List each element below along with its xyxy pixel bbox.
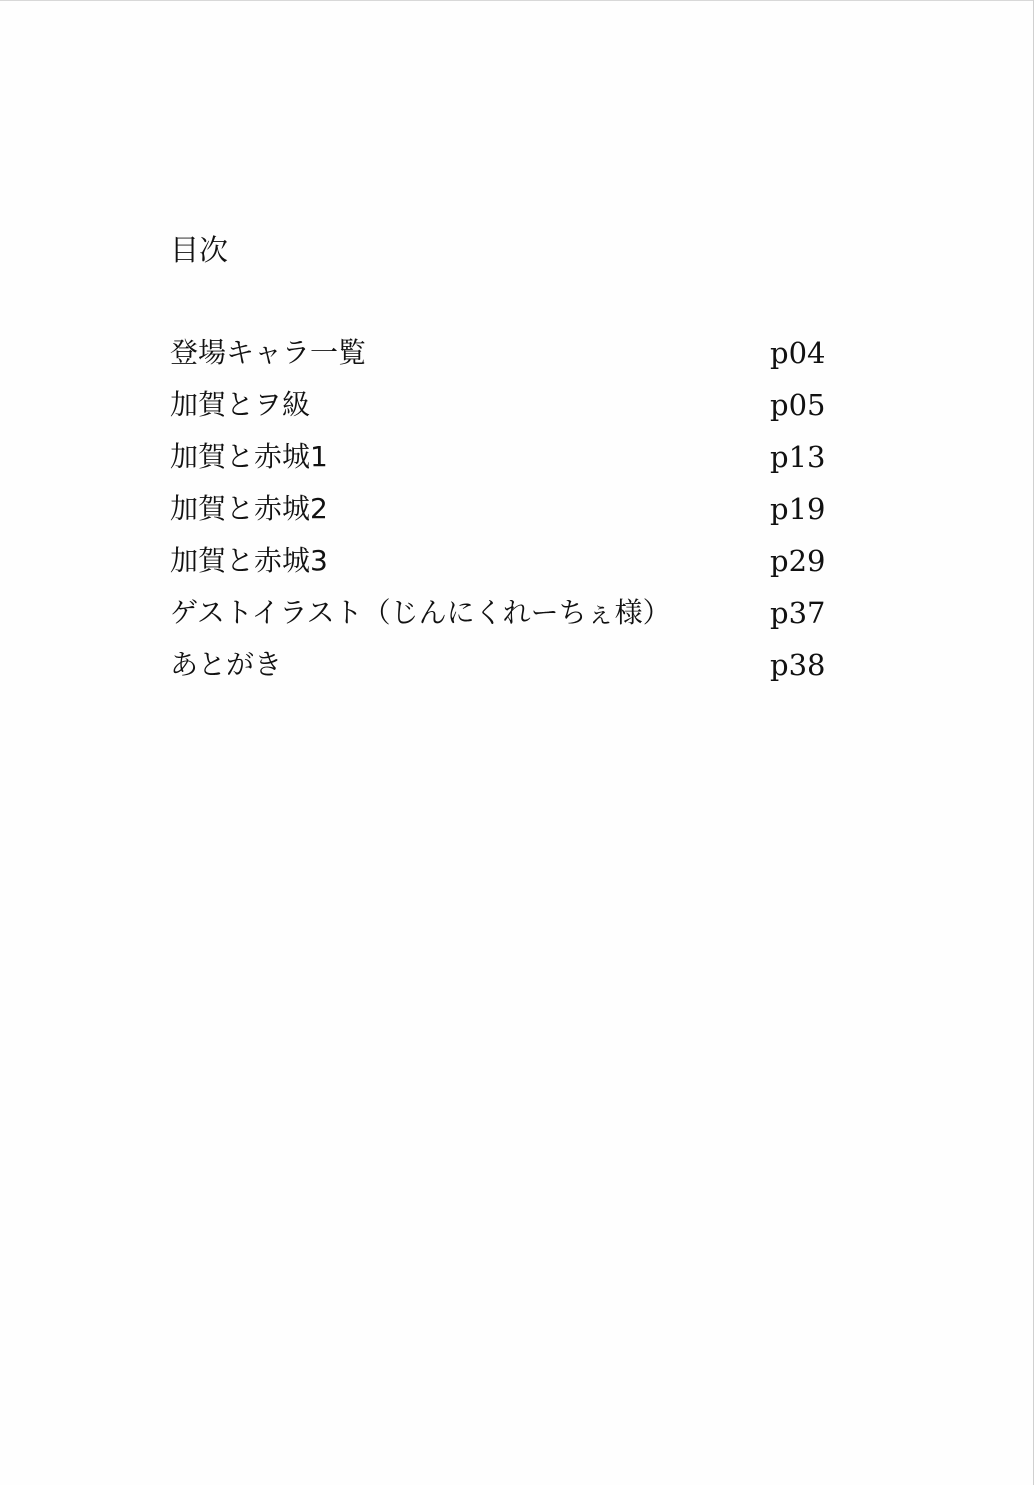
toc-entry-kaga-akagi-2: 加賀と赤城2 p19 [170, 489, 850, 541]
toc-entry-guest-illustration: ゲストイラスト（じんにくれーちぇ様） p37 [170, 593, 850, 645]
toc-entry-kaga-wo-class: 加賀とヲ級 p05 [170, 385, 850, 437]
toc-entry-label: 登場キャラ一覧 [170, 333, 366, 373]
toc-entry-kaga-akagi-3: 加賀と赤城3 p29 [170, 541, 850, 593]
toc-entry-afterword: あとがき p38 [170, 645, 850, 697]
toc-entry-page: p37 [770, 593, 825, 633]
toc-title: 目次 [170, 230, 228, 270]
toc-entry-label: 加賀と赤城2 [170, 489, 328, 529]
toc-entry-page: p05 [770, 385, 825, 425]
toc-entry-character-list: 登場キャラ一覧 p04 [170, 333, 850, 385]
toc-entry-page: p04 [770, 333, 825, 373]
toc-entry-kaga-akagi-1: 加賀と赤城1 p13 [170, 437, 850, 489]
table-of-contents: 登場キャラ一覧 p04 加賀とヲ級 p05 加賀と赤城1 p13 加賀と赤城2 … [170, 333, 850, 697]
toc-entry-label: 加賀と赤城3 [170, 541, 328, 581]
page-edge-top [0, 0, 1034, 1]
toc-entry-label: ゲストイラスト（じんにくれーちぇ様） [170, 593, 671, 633]
toc-entry-label: 加賀と赤城1 [170, 437, 328, 477]
toc-entry-page: p38 [770, 645, 825, 685]
toc-entry-label: あとがき [170, 645, 282, 685]
toc-entry-page: p19 [770, 489, 825, 529]
toc-entry-page: p29 [770, 541, 825, 581]
toc-entry-page: p13 [770, 437, 825, 477]
toc-entry-label: 加賀とヲ級 [170, 385, 310, 425]
